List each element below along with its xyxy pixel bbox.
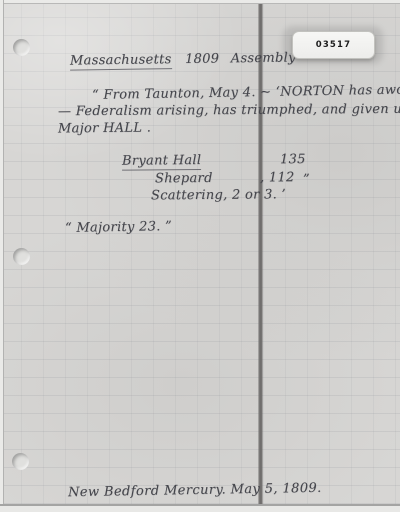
scanned-note-page: 03517 Massachusetts 1809 Assembly “ From… <box>0 0 400 512</box>
vote-count: , 112 <box>260 170 295 185</box>
catalog-sticker: 03517 <box>292 31 375 59</box>
page-top-edge <box>0 0 400 4</box>
punch-hole-middle <box>13 248 30 265</box>
heading-line: Massachusetts 1809 Assembly <box>70 50 296 68</box>
candidate-name: Bryant Hall <box>122 153 201 171</box>
vote-count: 135 <box>280 152 306 167</box>
catalog-number: 03517 <box>316 40 352 50</box>
candidate-name: Scattering, 2 or 3. ’ <box>151 187 286 203</box>
page-left-edge <box>0 0 4 512</box>
quote-line-3: Major HALL . <box>58 121 151 137</box>
fold-crease <box>258 0 263 506</box>
heading-word-underlined: Massachusetts <box>70 52 172 70</box>
page-bottom-edge <box>0 504 400 512</box>
quote-line-2: — Federalism arising, has triumphed, and… <box>58 102 400 119</box>
candidate-name: Shepard <box>155 171 213 187</box>
punch-hole-top <box>13 39 30 56</box>
citation-line: New Bedford Mercury. May 5, 1809. <box>68 481 322 500</box>
ditto-mark: ” <box>303 172 310 187</box>
tally-row: Scattering, 2 or 3. ’ <box>0 186 400 207</box>
quote-line-1: “ From Taunton, May 4. ~ ‘NORTON has awo… <box>92 82 400 103</box>
punch-hole-bottom <box>12 453 29 470</box>
heading-rest: 1809 Assembly <box>185 50 296 67</box>
majority-note: “ Majority 23. ” <box>65 219 172 236</box>
